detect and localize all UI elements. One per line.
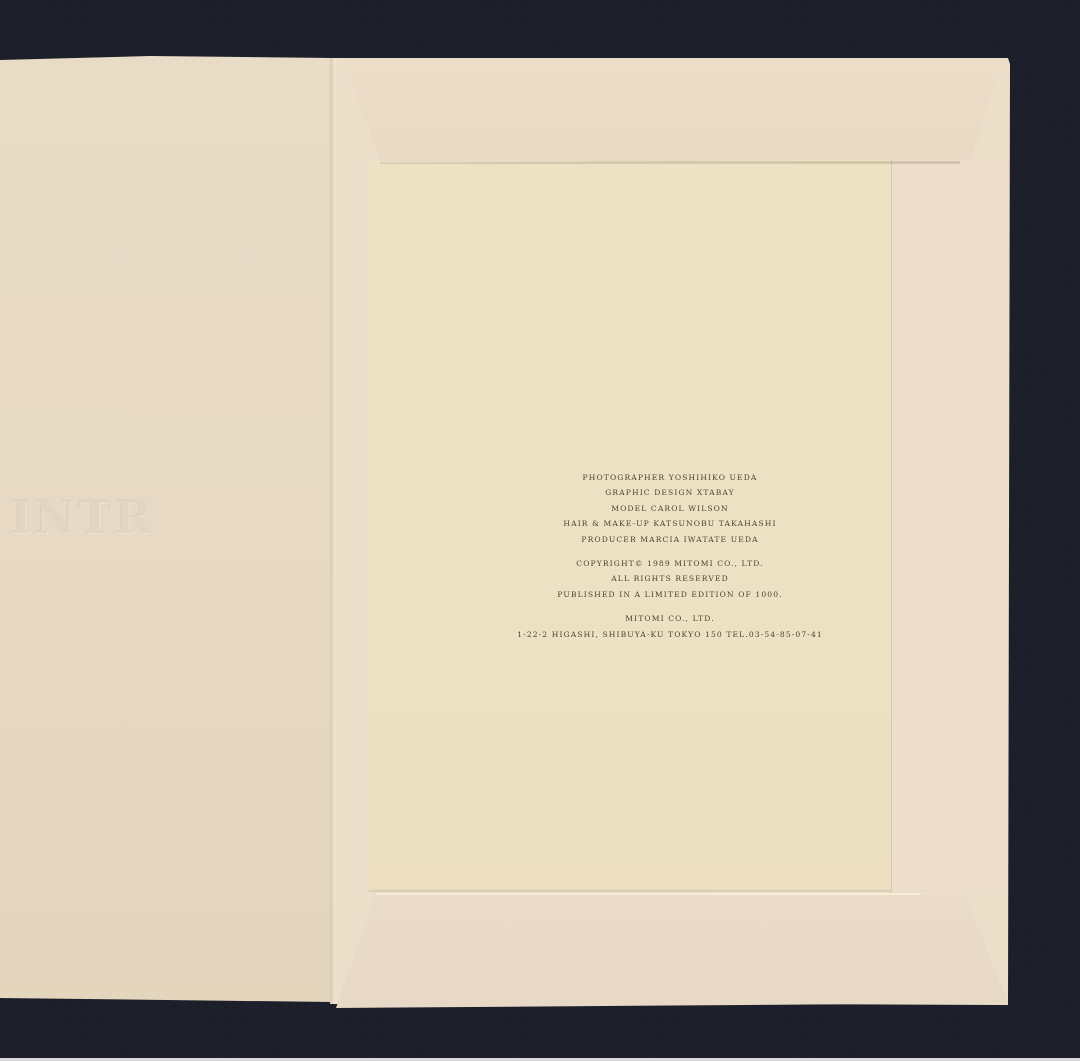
bottom-flap (336, 893, 1008, 1008)
publisher-address: 1-22-2 HIGASHI, SHIBUYA-KU TOKYO 150 TEL… (480, 627, 860, 642)
publisher-name: MITOMI CO., LTD. (480, 611, 860, 626)
credit-producer: PRODUCER MARCIA IWATATE UEDA (480, 532, 860, 547)
credits-block: PHOTOGRAPHER YOSHIHIKO UEDA GRAPHIC DESI… (480, 470, 860, 547)
credit-model: MODEL CAROL WILSON (480, 501, 860, 516)
copyright-line: COPYRIGHT© 1989 MITOMI CO., LTD. (480, 556, 860, 571)
publisher-block: MITOMI CO., LTD. 1-22-2 HIGASHI, SHIBUYA… (480, 611, 860, 642)
embossed-title: INTR (10, 490, 150, 560)
right-side-flap (891, 160, 1007, 895)
limited-edition-line: PUBLISHED IN A LIMITED EDITION OF 1000. (480, 587, 860, 602)
credit-graphic-design: GRAPHIC DESIGN XTABAY (480, 485, 860, 500)
credit-photographer: PHOTOGRAPHER YOSHIHIKO UEDA (480, 470, 860, 485)
top-flap (343, 59, 1003, 163)
colophon-text: PHOTOGRAPHER YOSHIHIKO UEDA GRAPHIC DESI… (480, 470, 860, 651)
bottom-flap-edge (376, 893, 921, 895)
credit-hair-makeup: HAIR & MAKE-UP KATSUNOBU TAKAHASHI (480, 516, 860, 531)
rights-block: COPYRIGHT© 1989 MITOMI CO., LTD. ALL RIG… (480, 556, 860, 602)
rights-reserved-line: ALL RIGHTS RESERVED (480, 571, 860, 586)
